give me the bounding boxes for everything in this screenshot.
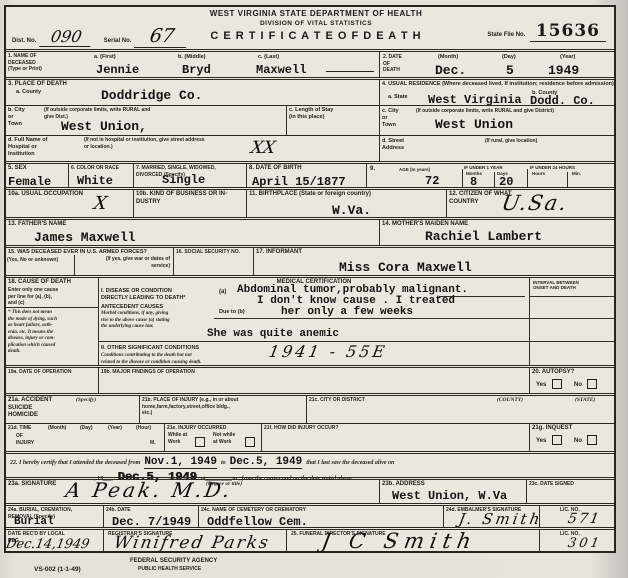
cause-footnote: * This does not mean the mode of dying, … [8,310,57,356]
funeral-director-signature-handwritten: J C Smith [320,529,479,553]
certify-from-date: Nov.1, 1949 [144,456,217,469]
divider-line [530,341,614,342]
residence-city-label: c. City or Town [382,108,399,129]
street-address-label: d. Street Address [382,138,404,152]
field-race: 6. COLOR OR RACE White [68,164,133,187]
certification-line1: 22. I hereby certify that I attended the… [10,456,610,469]
certify-to-word: to [221,460,226,468]
address-value: West Union, W.Va [392,489,507,503]
registrar-signature-handwritten: Winifred Parks [112,533,271,553]
age-years-label: AGE (In years) [399,167,430,172]
inquest-no-checkbox [587,435,597,445]
field-sex: 5. SEX Female [6,164,68,187]
field-residence-city: c. City or Town (If outside corporate li… [379,106,614,135]
due-to-b-label: Due to (b) [219,309,245,316]
field-physician-signature: 23a. SIGNATURE (Degree or title) A Peak.… [6,480,379,503]
birthplace-label: 11. BIRTHPLACE (State or foreign country… [249,191,371,199]
field-father-name: 13. FATHER'S NAME James Maxwell [6,220,379,245]
occupation-label: 10a. USUAL OCCUPATION [8,191,83,199]
row-sex-race-age: 5. SEX Female 6. COLOR OR RACE White 7. … [6,161,614,187]
field-place-of-death: 3. PLACE OF DEATH a. County Doddridge Co… [6,80,379,105]
field-date-of-operation: 19a. DATE OF OPERATION [6,368,98,393]
birth-date-label: 8. DATE OF BIRTH [249,165,302,173]
age-years-value: 72 [425,174,439,188]
inquest-label: 21g. INQUEST [532,425,572,433]
field-date-of-death: 2. DATE OF DEATH (Month) Dec. (Day) 5 (Y… [379,52,614,77]
middle-name-value: Bryd [182,63,211,77]
county-label: a. County [16,89,41,96]
accident-specify-label: (Specify) [76,397,96,404]
autopsy-yes-checkbox [552,379,562,389]
divider-line [74,255,75,275]
field-mother-name: 14. MOTHER'S MAIDEN NAME Rachiel Lambert [379,220,614,245]
informant-value: Miss Cora Maxwell [339,260,472,275]
hospital-label: d. Full Name of Hospital or Institution [8,137,47,158]
injury-how-label: 21f. HOW DID INJURY OCCUR? [264,425,338,432]
cause-instructions: Enter only one cause per line for (a), (… [8,287,58,307]
place-of-death-label: 3. PLACE OF DEATH [8,81,67,89]
inquest-no-label: No [574,438,582,446]
field-date-of-birth: 8. DATE OF BIRTH April 15/1877 [246,164,366,187]
death-year-label: (Year) [560,54,575,61]
injury-time-m-label: M. [150,440,156,447]
hospital-value-handwritten: XX [249,138,277,158]
blank-line [326,63,374,72]
father-value: James Maxwell [34,230,135,245]
citizen-value-handwritten: U.Sa. [500,191,570,215]
field-armed-forces: 15. WAS DECEASED EVER IN U.S. ARMED FORC… [6,248,173,275]
autopsy-no-label: No [574,382,582,390]
field-cemetery: 24c. NAME OF CEMETERY OR CREMATORY Oddfe… [198,506,443,527]
disease-condition-label: I. DISEASE OR CONDITION DIRECTLY LEADING… [101,288,185,302]
field-informant: 17. INFORMANT Miss Cora Maxwell [253,248,614,275]
field-funeral-director-license: LIC. NO. 301 [539,530,614,551]
injury-time-label: 21d. TIME [8,425,31,432]
autopsy-label: 20. AUTOPSY? [532,369,574,377]
row-accident-place: 21a. ACCIDENT SUICIDE HOMICIDE (Specify)… [6,393,614,423]
field-certification: 22. I hereby certify that I attended the… [6,454,614,477]
residence-state-label: a. State [388,94,408,101]
embalmer-signature-handwritten: J. Smith [457,510,544,528]
field-birthplace: 11. BIRTHPLACE (State or foreign country… [246,190,446,217]
cause-left-column: 18. CAUSE OF DEATH Enter only one cause … [6,278,98,365]
armed-forces-note: (If yes, give war or dates of service) [80,256,170,269]
street-address-note: (If rural, give location) [485,138,537,145]
row-certification: 22. I hereby certify that I attended the… [6,451,614,477]
other-conditions-label: II. OTHER SIGNIFICANT CONDITIONS [101,345,199,352]
field-how-injury-occurred: 21f. HOW DID INJURY OCCUR? [261,424,529,451]
last-name-value: Maxwell [256,63,306,77]
age-min-label: Min. [572,171,581,176]
injury-occurred-label: 21e. INJURY OCCURRED [167,425,226,432]
injury-place-label: 21b. PLACE OF INJURY (e.g., in or about … [142,397,238,417]
antecedent-label: ANTECEDENT CAUSES [101,304,163,311]
injury-time-day-label: (Day) [80,425,93,432]
death-date-label: 2. DATE OF DEATH [383,54,402,74]
state-file-block: State File No. 15636 [487,21,606,41]
field-street-address: d. Street Address (If rural, give locati… [379,136,614,161]
field-city-of-death: b. City or Town (If outside corporate li… [6,106,286,135]
mother-value: Rachiel Lambert [425,229,542,244]
death-day-value: 5 [506,63,514,78]
field-funeral-director-signature: 25. FUNERAL DIRECTOR'S SIGNATURE J C Smi… [286,530,539,551]
footer-service: PUBLIC HEALTH SERVICE [138,566,217,573]
antecedent-note: Morbid conditions, if any, giving rise t… [101,311,170,331]
length-of-stay-label: c. Length of Stay (in this place) [289,107,333,121]
field-hospital: d. Full Name of Hospital or Institution … [6,136,379,161]
residence-label: 4. USUAL RESIDENCE (Where deceased lived… [382,81,614,88]
row-physician-signature: 23a. SIGNATURE (Degree or title) A Peak.… [6,477,614,503]
department-name: WEST VIRGINIA STATE DEPARTMENT OF HEALTH [156,9,476,18]
age-under1-label: IF UNDER 1 YEAR [464,165,503,170]
row-hospital-street: d. Full Name of Hospital or Institution … [6,135,614,161]
field-burial-type: 24a. BURIAL, CREMATION, REMOVAL (Specify… [6,506,103,527]
title-block: WEST VIRGINIA STATE DEPARTMENT OF HEALTH… [156,9,476,42]
death-year-value: 1949 [548,63,579,78]
county-value: Doddridge Co. [101,88,202,103]
field-accident-suicide: 21a. ACCIDENT SUICIDE HOMICIDE (Specify) [6,396,139,423]
field-physician-address: 23b. ADDRESS West Union, W.Va [379,480,526,503]
row-operation-autopsy: 19a. DATE OF OPERATION 19b. MAJOR FINDIN… [6,365,614,393]
interval-column: INTERVAL BETWEEN ONSET AND DEATH [529,278,614,365]
cause-label: 18. CAUSE OF DEATH [8,279,71,287]
city-label: b. City or Town [8,107,25,128]
dist-no-label: Dist. No. [12,38,36,44]
date-received-value-handwritten: Dec.14,1949 [5,537,91,552]
cause-a-line3: her only a few weeks [281,306,413,318]
autopsy-no-checkbox [587,379,597,389]
injury-time-year-label: (Year) [108,425,122,432]
hospital-note: (If not in hospital or institution, give… [84,137,205,150]
certificate-title: C E R T I F I C A T E O F D E A T H [156,30,476,42]
field-registrar-signature: REGISTRAR'S SIGNATURE Winifred Parks [103,530,286,551]
form-header: Dist. No. 090 Serial No. 67 WEST VIRGINI… [6,7,614,49]
row-burial: 24a. BURIAL, CREMATION, REMOVAL (Specify… [6,503,614,527]
birthplace-value: W.Va. [332,203,371,218]
autopsy-yes-label: Yes [536,382,546,390]
divider-line [530,296,614,297]
field-injury-city: 21c. CITY OR DISTRICT (COUNTY) (STATE) [306,396,614,423]
signature-label: 23a. SIGNATURE [8,481,56,489]
field-autopsy: 20. AUTOPSY? Yes No [529,368,614,393]
operation-date-label: 19a. DATE OF OPERATION [8,369,71,376]
field-date-received: DATE REC'D BY LOCAL REG. Dec.14,1949 [6,530,103,551]
death-month-label: (Month) [438,54,458,61]
armed-forces-sub: (Yes, No or unknown) [7,257,58,264]
serial-no-label: Serial No. [104,38,132,44]
row-occupation-birthplace: 10a. USUAL OCCUPATION X 10b. KIND OF BUS… [6,187,614,217]
field-embalmer-signature: 24d. EMBALMER'S SIGNATURE J. Smith [443,506,539,527]
death-day-label: (Day) [502,54,516,61]
form-number: VS-002 (1-1-49) [34,558,81,576]
field-inquest: 21g. INQUEST Yes No [529,424,614,451]
field-citizen: 12. CITIZEN OF WHAT COUNTRY U.Sa. [446,190,614,217]
accident-label: 21a. ACCIDENT SUICIDE HOMICIDE [8,397,52,420]
field-burial-date: 24b. DATE Dec. 7/1949 [103,506,198,527]
cause-main-area: MEDICAL CERTIFICATION I. DISEASE OR COND… [98,278,529,365]
operation-findings-label: 19b. MAJOR FINDINGS OF OPERATION [101,369,195,376]
sex-label: 5. SEX [8,165,27,173]
name-label: 1. NAME OF DECEASED (Type or Print) [8,53,42,73]
field-occupation: 10a. USUAL OCCUPATION X [6,190,133,217]
injury-state-label: (STATE) [575,397,595,404]
cause-a-label: (a) [219,289,226,297]
occupation-value-handwritten: X [92,193,109,214]
footer-agency: FEDERAL SECURITY AGENCY [130,558,217,566]
divider-line [567,172,568,187]
father-label: 13. FATHER'S NAME [8,221,66,229]
burial-date-label: 24b. DATE [106,507,131,514]
field-age: 9. AGE (In years) 72 IF UNDER 1 YEAR Mon… [366,164,614,187]
field-place-of-injury: 21b. PLACE OF INJURY (e.g., in or about … [139,396,306,423]
field-date-signed: 23c. DATE SIGNED [526,480,614,503]
race-value: White [77,174,113,188]
not-while-at-work-label: Not while at Work [213,432,235,445]
state-file-number: 15636 [530,21,606,42]
divider-line [527,169,528,187]
death-month-value: Dec. [435,63,466,78]
row-injury-details: 21d. TIME (Month) (Day) (Year) (Hour) OF… [6,423,614,451]
row-place-residence-2: b. City or Town (If outside corporate li… [6,105,614,135]
while-at-work-label: While at Work [168,432,187,445]
not-while-at-work-checkbox [245,437,255,447]
age-number-label: 9. [370,166,375,174]
field-industry: 10b. KIND OF BUSINESS OR IN- DUSTRY [133,190,246,217]
injury-time-month-label: (Month) [48,425,66,432]
injury-city-label: 21c. CITY OR DISTRICT [309,397,365,404]
interval-label: INTERVAL BETWEEN ONSET AND DEATH [533,280,579,291]
certify-post-text: that I last saw the deceased alive on [306,460,394,468]
inquest-yes-checkbox [552,435,562,445]
field-embalmer-license: LIC. NO. 571 [539,506,614,527]
row-registrar: DATE REC'D BY LOCAL REG. Dec.14,1949 REG… [6,527,614,551]
divider-line [214,318,529,319]
field-length-of-stay: c. Length of Stay (in this place) [286,106,379,135]
age-hours-label: Hours [532,171,545,176]
age-under24-label: IF UNDER 24 HOURS [530,165,575,170]
cause-b-value: She was quite anemic [207,328,339,340]
divider-line [530,318,614,319]
residence-city-note: (If outside corporate limits, write RURA… [416,108,611,115]
mother-label: 14. MOTHER'S MAIDEN NAME [382,221,468,229]
address-label: 23b. ADDRESS [382,481,425,489]
field-injury-occurred: 21e. INJURY OCCURRED While at Work Not w… [164,424,261,451]
injury-time-hour-label: (Hour) [136,425,151,432]
divider-line [6,307,98,308]
armed-forces-label: 15. WAS DECEASED EVER IN U.S. ARMED FORC… [8,249,147,256]
state-file-label: State File No. [487,32,525,38]
footer-agency-block: FEDERAL SECURITY AGENCY PUBLIC HEALTH SE… [130,558,217,572]
dist-no-value: 090 [39,27,93,47]
certificate-form: Dist. No. 090 Serial No. 67 WEST VIRGINI… [4,5,616,553]
field-ssn: 16. SOCIAL SECURITY NO. [173,248,253,275]
row-name-death-date: 1. NAME OF DECEASED (Type or Print) a. (… [6,49,614,77]
division-name: DIVISION OF VITAL STATISTICS [156,20,476,27]
while-at-work-checkbox [195,437,205,447]
row-parents: 13. FATHER'S NAME James Maxwell 14. MOTH… [6,217,614,245]
field-usual-residence: 4. USUAL RESIDENCE (Where deceased lived… [379,80,614,105]
first-name-label: a. (First) [94,54,116,61]
certify-to-date: Dec.5, 1949 [230,456,303,469]
marital-value: Single [162,173,205,187]
funeral-lic-value: 301 [567,536,603,551]
divider-line [462,169,463,187]
cemetery-label: 24c. NAME OF CEMETERY OR CREMATORY [201,507,306,514]
row-cause-of-death: 18. CAUSE OF DEATH Enter only one cause … [6,275,614,365]
death-certificate-scan: Dist. No. 090 Serial No. 67 WEST VIRGINI… [0,0,628,578]
date-signed-label: 23c. DATE SIGNED [529,481,574,488]
city-value: West Union, [61,119,147,134]
embalmer-lic-value: 571 [567,511,603,527]
field-time-of-injury: 21d. TIME (Month) (Day) (Year) (Hour) OF… [6,424,164,451]
residence-city-value: West Union [435,117,513,132]
injury-time-of-injury-label: OF INJURY [16,433,34,446]
field-name-of-deceased: 1. NAME OF DECEASED (Type or Print) a. (… [6,52,379,77]
last-name-label: c. (Last) [258,54,279,61]
ssn-label: 16. SOCIAL SECURITY NO. [176,249,240,256]
certify-pre-text: 22. I hereby certify that I attended the… [10,460,140,468]
informant-label: 17. INFORMANT [256,249,302,257]
first-name-value: Jennie [96,63,139,77]
row-place-residence-1: 3. PLACE OF DEATH a. County Doddridge Co… [6,77,614,105]
row-armedforces-informant: 15. WAS DECEASED EVER IN U.S. ARMED FORC… [6,245,614,275]
industry-label: 10b. KIND OF BUSINESS OR IN- DUSTRY [136,191,227,206]
field-operation-findings: 19b. MAJOR FINDINGS OF OPERATION [98,368,529,393]
race-label: 6. COLOR OR RACE [71,165,119,172]
divider-line [494,172,495,187]
field-marital-status: 7. MARRIED, SINGLE, WIDOWED, DIVORCED (S… [133,164,246,187]
middle-name-label: b. (Middle) [178,54,206,61]
inquest-yes-label: Yes [536,438,546,446]
form-number-text: VS-002 (1-1-49) [34,566,81,573]
injury-county-label: (COUNTY) [497,397,523,404]
physician-signature-handwritten: A Peak. M.D. [64,478,235,502]
other-conditions-value-handwritten: 1941 - 55E [267,342,389,361]
